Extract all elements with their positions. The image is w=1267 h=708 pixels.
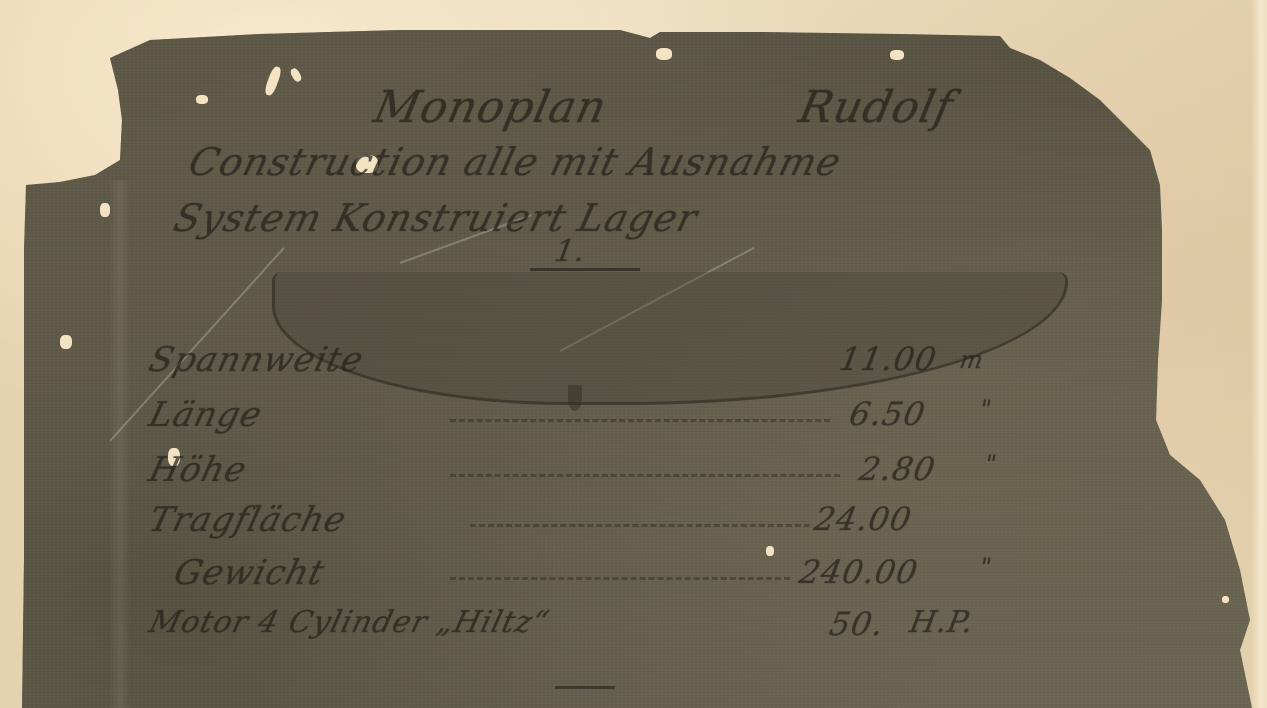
paper-hole: [60, 335, 72, 349]
spec-value: 2.80: [857, 450, 939, 488]
spec-row: Tragfläche 24.00: [150, 500, 1030, 544]
section-number: 1.: [552, 234, 589, 269]
spec-value: 11.00: [837, 340, 940, 378]
leader-dashes: [450, 413, 830, 422]
document-title-name: Rudolf: [795, 82, 958, 133]
paper-hole: [100, 203, 110, 217]
spec-label: Tragfläche: [145, 500, 351, 540]
spec-label: Höhe: [145, 450, 251, 490]
spec-unit: m: [958, 346, 987, 374]
backing-edge: [1251, 0, 1267, 708]
paper-hole: [890, 50, 904, 60]
spec-row: Höhe 2.80 ": [150, 450, 1030, 494]
paper-hole: [196, 95, 208, 104]
spec-label: Motor 4 Cylinder „Hiltz“: [146, 605, 553, 640]
spec-unit: H.P.: [907, 605, 977, 640]
spec-value: 6.50: [847, 395, 929, 433]
paper-hole: [656, 48, 672, 60]
spec-unit: ": [978, 395, 995, 423]
spec-value: 24.00: [812, 500, 915, 538]
paper-hole: [1222, 596, 1229, 603]
document-title: Monoplan: [370, 82, 612, 133]
spec-row: Gewicht 240.00 ": [150, 553, 1030, 597]
spec-value: 50.: [827, 605, 888, 643]
spec-row: Spannweite 11.00 m: [150, 340, 1030, 384]
spec-label: Gewicht: [170, 553, 329, 593]
fold-line: [110, 180, 130, 708]
spec-value: 240.00: [797, 553, 922, 591]
section-underline: [530, 268, 640, 271]
spec-unit: ": [978, 553, 995, 581]
leader-dashes: [450, 571, 790, 580]
header-line-2: System Konstruiert Lager: [170, 196, 703, 240]
leader-dashes: [470, 518, 810, 527]
spec-row: Motor 4 Cylinder „Hiltz“ 50. H.P.: [150, 605, 1030, 649]
bottom-pen-mark: [555, 686, 615, 689]
document-fragment: Monoplan Rudolf Construction alle mit Au…: [0, 0, 1267, 708]
spec-label: Spannweite: [145, 340, 368, 380]
header-line-1: Construction alle mit Ausnahme: [185, 140, 847, 184]
leader-dashes: [450, 468, 840, 477]
spec-unit: ": [983, 450, 1000, 478]
spec-label: Länge: [145, 395, 267, 435]
spec-row: Länge 6.50 ": [150, 395, 1030, 439]
